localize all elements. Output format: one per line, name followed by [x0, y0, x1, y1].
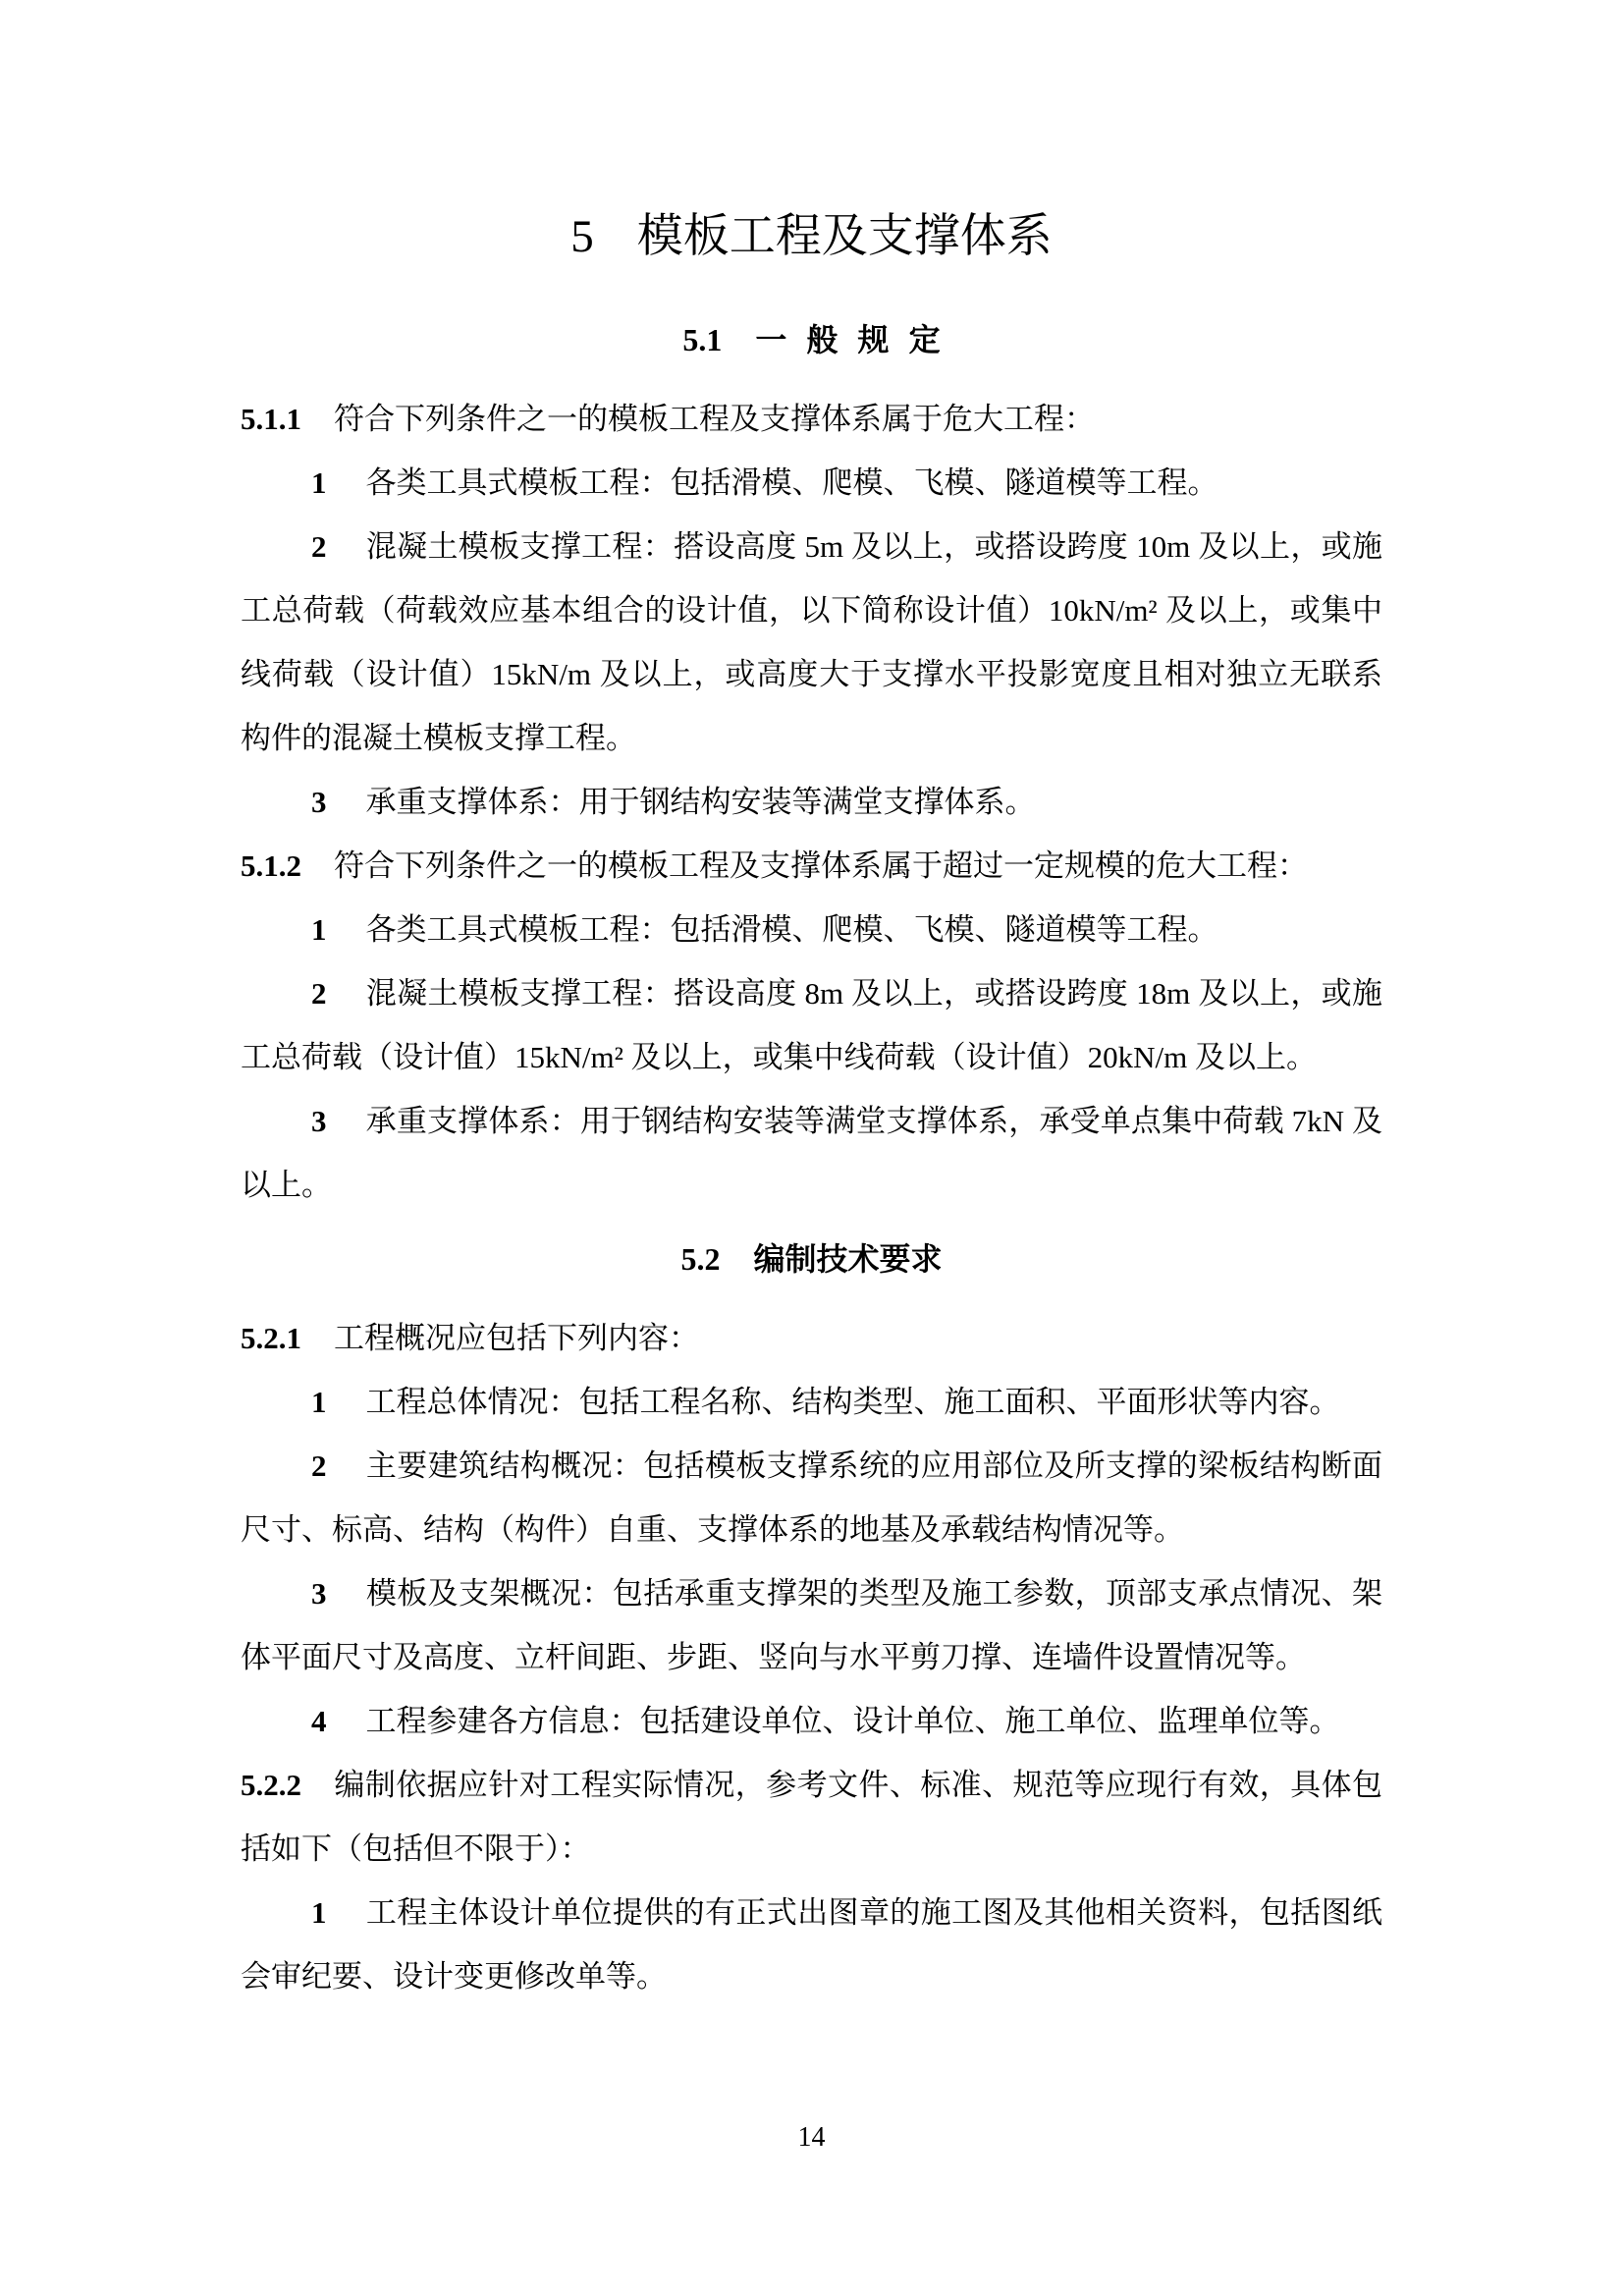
item-number: 1: [311, 1895, 327, 1930]
item-text: 模板及支架概况：包括承重支撑架的类型及施工参数，顶部支承点情况、架体平面尺寸及高…: [241, 1576, 1382, 1674]
chapter-title-text: 模板工程及支撑体系: [637, 211, 1053, 262]
item-number: 3: [311, 1104, 327, 1138]
item-text: 工程主体设计单位提供的有正式出图章的施工图及其他相关资料，包括图纸会审纪要、设计…: [241, 1895, 1382, 1994]
list-item: 3承重支撑体系：用于钢结构安装等满堂支撑体系，承受单点集中荷载 7kN 及以上。: [241, 1089, 1382, 1217]
item-number: 3: [311, 1576, 327, 1611]
clause-label: 5.2.2: [241, 1768, 301, 1802]
section-heading-5-2: 5.2编制技术要求: [241, 1237, 1382, 1281]
item-text: 各类工具式模板工程：包括滑模、爬模、飞模、隧道模等工程。: [366, 465, 1218, 500]
clause-label: 5.1.2: [241, 848, 301, 883]
list-item: 3承重支撑体系：用于钢结构安装等满堂支撑体系。: [241, 770, 1382, 834]
list-item: 4工程参建各方信息：包括建设单位、设计单位、施工单位、监理单位等。: [241, 1689, 1382, 1753]
page-footer: 14: [0, 2121, 1623, 2155]
section-heading-5-1: 5.1一 般 规 定: [241, 318, 1382, 361]
list-item: 2混凝土模板支撑工程：搭设高度 8m 及以上，或搭设跨度 18m 及以上，或施工…: [241, 961, 1382, 1089]
document-page: 5模板工程及支撑体系 5.1一 般 规 定 5.1.1符合下列条件之一的模板工程…: [0, 0, 1623, 2296]
section-title: 编制技术要求: [753, 1241, 942, 1277]
item-number: 2: [311, 1449, 327, 1483]
clause-text: 编制依据应针对工程实际情况，参考文件、标准、规范等应现行有效，具体包括如下（包括…: [241, 1768, 1382, 1866]
page-number: 14: [798, 2122, 826, 2153]
clause-label: 5.2.1: [241, 1321, 301, 1355]
item-text: 混凝土模板支撑工程：搭设高度 8m 及以上，或搭设跨度 18m 及以上，或施工总…: [241, 976, 1382, 1074]
list-item: 1工程总体情况：包括工程名称、结构类型、施工面积、平面形状等内容。: [241, 1370, 1382, 1434]
list-item: 1各类工具式模板工程：包括滑模、爬模、飞模、隧道模等工程。: [241, 898, 1382, 961]
item-text: 承重支撑体系：用于钢结构安装等满堂支撑体系。: [366, 785, 1036, 819]
section-title: 一 般 规 定: [755, 322, 940, 357]
item-text: 工程总体情况：包括工程名称、结构类型、施工面积、平面形状等内容。: [366, 1385, 1340, 1419]
item-text: 工程参建各方信息：包括建设单位、设计单位、施工单位、监理单位等。: [366, 1704, 1340, 1738]
item-number: 2: [311, 529, 327, 564]
clause-5-2-1: 5.2.1工程概况应包括下列内容：: [241, 1306, 1382, 1370]
chapter-number: 5: [570, 211, 594, 262]
item-text: 混凝土模板支撑工程：搭设高度 5m 及以上，或搭设跨度 10m 及以上，或施工总…: [241, 529, 1382, 755]
item-text: 主要建筑结构概况：包括模板支撑系统的应用部位及所支撑的梁板结构断面尺寸、标高、结…: [241, 1449, 1382, 1547]
item-number: 1: [311, 1385, 327, 1419]
clause-text: 符合下列条件之一的模板工程及支撑体系属于超过一定规模的危大工程：: [334, 848, 1308, 883]
clause-5-2-2: 5.2.2编制依据应针对工程实际情况，参考文件、标准、规范等应现行有效，具体包括…: [241, 1753, 1382, 1881]
item-number: 3: [311, 785, 327, 819]
item-number: 4: [311, 1704, 327, 1738]
item-text: 各类工具式模板工程：包括滑模、爬模、飞模、隧道模等工程。: [366, 912, 1218, 947]
page-content: 5模板工程及支撑体系 5.1一 般 规 定 5.1.1符合下列条件之一的模板工程…: [241, 0, 1382, 2008]
list-item: 3模板及支架概况：包括承重支撑架的类型及施工参数，顶部支承点情况、架体平面尺寸及…: [241, 1561, 1382, 1689]
list-item: 1工程主体设计单位提供的有正式出图章的施工图及其他相关资料，包括图纸会审纪要、设…: [241, 1881, 1382, 2008]
chapter-title: 5模板工程及支撑体系: [241, 208, 1382, 265]
item-number: 1: [311, 912, 327, 947]
list-item: 1各类工具式模板工程：包括滑模、爬模、飞模、隧道模等工程。: [241, 451, 1382, 515]
clause-label: 5.1.1: [241, 402, 301, 436]
section-number: 5.1: [682, 322, 722, 357]
item-number: 1: [311, 465, 327, 500]
clause-text: 工程概况应包括下列内容：: [334, 1321, 699, 1355]
clause-5-1-1: 5.1.1符合下列条件之一的模板工程及支撑体系属于危大工程：: [241, 387, 1382, 451]
clause-text: 符合下列条件之一的模板工程及支撑体系属于危大工程：: [334, 402, 1095, 436]
clause-5-1-2: 5.1.2符合下列条件之一的模板工程及支撑体系属于超过一定规模的危大工程：: [241, 834, 1382, 898]
item-number: 2: [311, 976, 327, 1011]
item-text: 承重支撑体系：用于钢结构安装等满堂支撑体系，承受单点集中荷载 7kN 及以上。: [241, 1104, 1382, 1202]
list-item: 2混凝土模板支撑工程：搭设高度 5m 及以上，或搭设跨度 10m 及以上，或施工…: [241, 515, 1382, 770]
section-number: 5.2: [680, 1241, 720, 1277]
list-item: 2主要建筑结构概况：包括模板支撑系统的应用部位及所支撑的梁板结构断面尺寸、标高、…: [241, 1434, 1382, 1561]
